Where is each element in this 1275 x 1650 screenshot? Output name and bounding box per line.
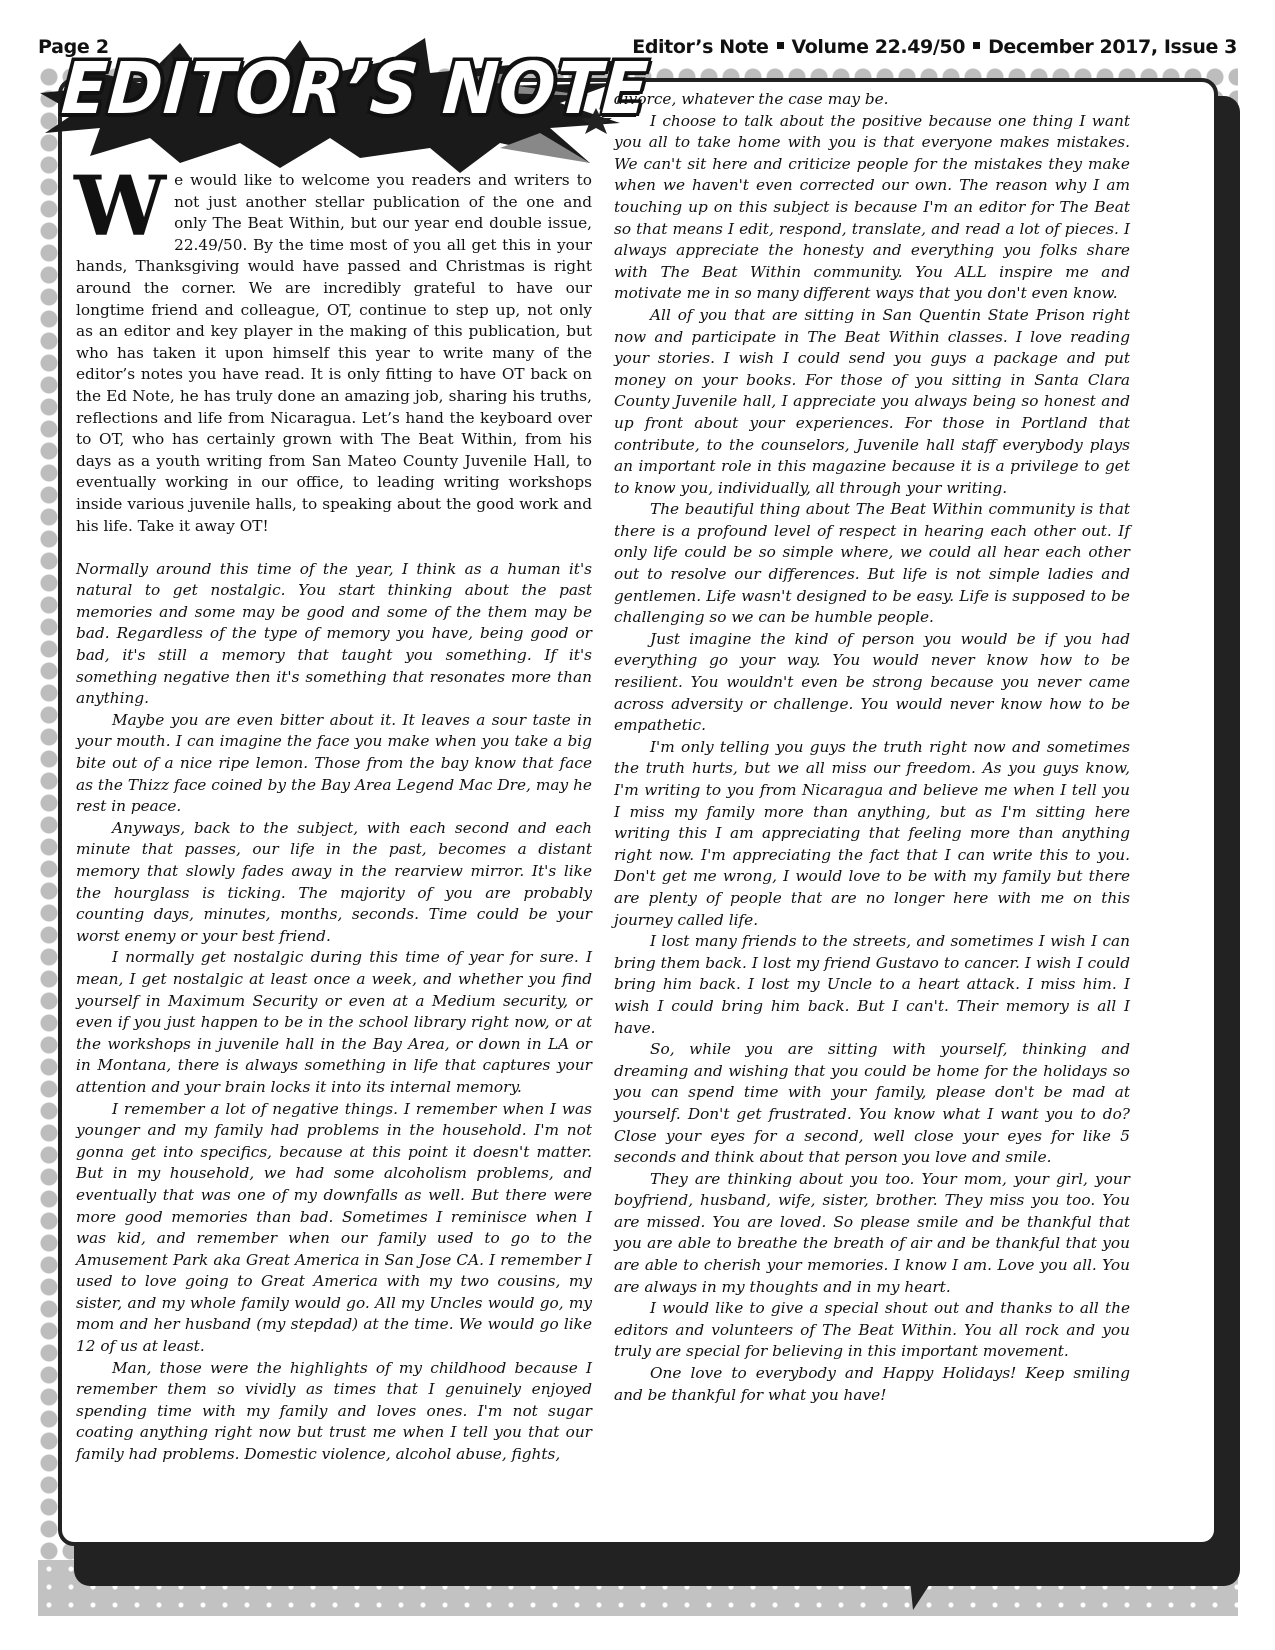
article-paragraph: I lost many friends to the streets, and … [614,931,1130,1039]
separator-square-icon [973,42,980,49]
separator-square-icon [777,42,784,49]
article-paragraph: divorce, whatever the case may be. [614,89,1130,111]
article-paragraph: Man, those were the highlights of my chi… [76,1358,592,1466]
article-paragraph: Maybe you are even bitter about it. It l… [76,710,592,818]
article-paragraph: I normally get nostalgic during this tim… [76,947,592,1098]
running-head-volume: Volume 22.49/50 [792,36,966,58]
article-column-right: divorce, whatever the case may be. I cho… [614,89,1130,1406]
intro-paragraph: We would like to welcome you readers and… [76,170,592,537]
article-paragraph: I would like to give a special shout out… [614,1298,1130,1363]
drop-cap: W [74,176,166,238]
article-paragraph: They are thinking about you too. Your mo… [614,1169,1130,1299]
page-title: EDITOR’S NOTE [59,47,651,130]
article-paragraph: All of you that are sitting in San Quent… [614,305,1130,499]
article-paragraph: Just imagine the kind of person you woul… [614,629,1130,737]
article-column-left: We would like to welcome you readers and… [76,170,592,1466]
article-paragraph: The beautiful thing about The Beat Withi… [614,499,1130,629]
article-paragraph: I remember a lot of negative things. I r… [76,1099,592,1358]
article-paragraph: Normally around this time of the year, I… [76,559,592,710]
running-head: Editor’s NoteVolume 22.49/50December 201… [632,36,1237,58]
article-paragraph: Anyways, back to the subject, with each … [76,818,592,948]
article-paragraph: One love to everybody and Happy Holidays… [614,1363,1130,1406]
running-head-section: Editor’s Note [632,36,768,58]
running-head-issue: December 2017, Issue 3 [988,36,1237,58]
article-paragraph: So, while you are sitting with yourself,… [614,1039,1130,1169]
article-paragraph: I choose to talk about the positive beca… [614,111,1130,305]
article-paragraph: I'm only telling you guys the truth righ… [614,737,1130,931]
paragraph-spacer [76,537,592,559]
